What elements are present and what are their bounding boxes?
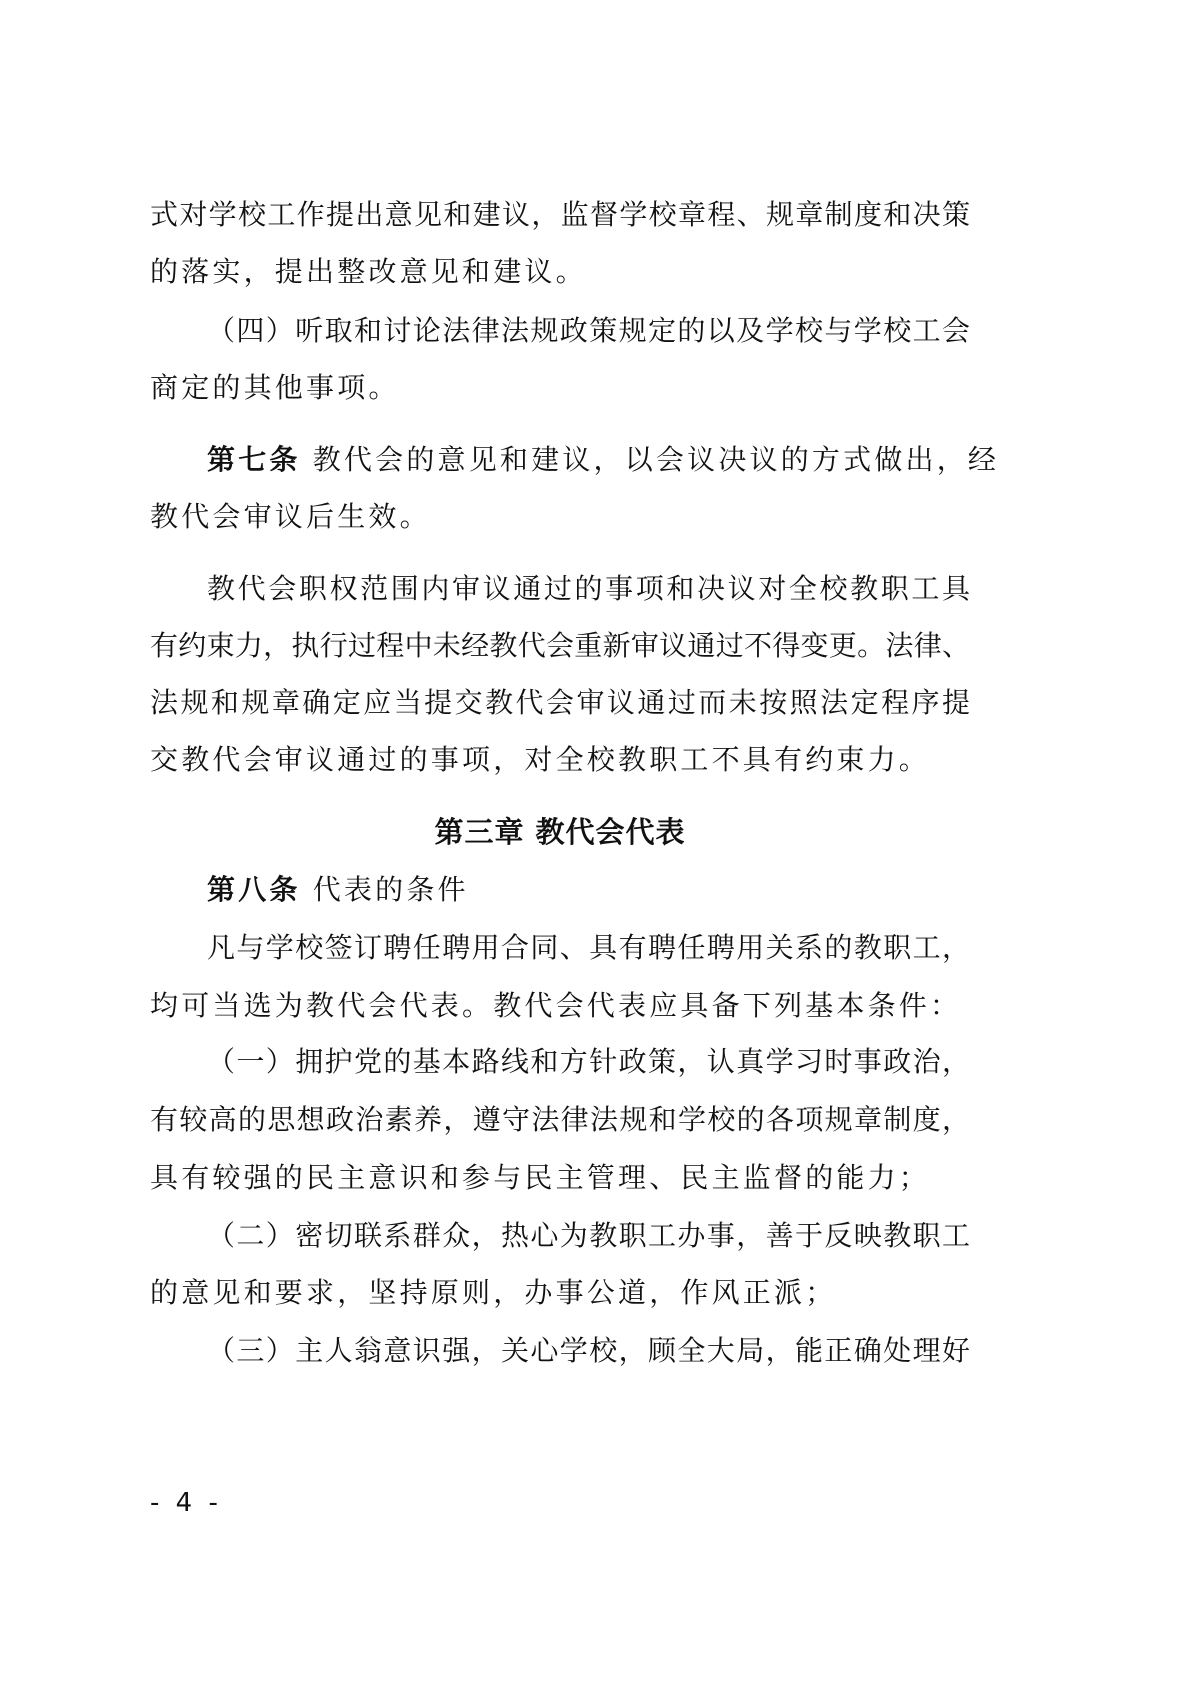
paragraph-line: 教代会职权范围内审议通过的事项和决议对全校教职工具 xyxy=(207,569,970,609)
article-7-text: 教代会的意见和建议，以会议决议的方式做出，经 xyxy=(313,443,999,476)
article-8-label: 第八条 xyxy=(207,873,301,906)
paragraph-line: 有较高的思想政治素养，遵守法律法规和学校的各项规章制度， xyxy=(150,1100,970,1140)
paragraph-line: 商定的其他事项。 xyxy=(150,368,970,408)
chapter-heading: 第三章 教代会代表 xyxy=(150,812,970,852)
article-8-line: 第八条 代表的条件 xyxy=(207,870,970,910)
paragraph-line: 式对学校工作提出意见和建议，监督学校章程、规章制度和决策 xyxy=(150,195,970,235)
article-8-text: 代表的条件 xyxy=(313,873,469,906)
article-7-label: 第七条 xyxy=(207,443,301,476)
paragraph-line: 凡与学校签订聘任聘用合同、具有聘任聘用关系的教职工， xyxy=(207,928,970,968)
paragraph-line: （二）密切联系群众，热心为教职工办事，善于反映教职工 xyxy=(207,1216,970,1256)
paragraph-line: （三）主人翁意识强，关心学校，顾全大局，能正确处理好 xyxy=(207,1331,970,1371)
paragraph-line: （四）听取和讨论法律法规政策规定的以及学校与学校工会 xyxy=(207,311,970,351)
paragraph-line: 的落实，提出整改意见和建议。 xyxy=(150,252,970,292)
paragraph-line: 交教代会审议通过的事项，对全校教职工不具有约束力。 xyxy=(150,740,970,780)
page-number: - 4 - xyxy=(150,1488,222,1518)
paragraph-line: 具有较强的民主意识和参与民主管理、民主监督的能力； xyxy=(150,1158,970,1198)
paragraph-line: 有约束力，执行过程中未经教代会重新审议通过不得变更。法律、 xyxy=(150,626,970,666)
paragraph-line: 教代会审议后生效。 xyxy=(150,497,970,537)
paragraph-line: （一）拥护党的基本路线和方针政策，认真学习时事政治， xyxy=(207,1042,970,1082)
paragraph-line: 均可当选为教代会代表。教代会代表应具备下列基本条件： xyxy=(150,986,970,1026)
paragraph-line: 法规和规章确定应当提交教代会审议通过而未按照法定程序提 xyxy=(150,683,970,723)
article-7-line: 第七条 教代会的意见和建议，以会议决议的方式做出，经 xyxy=(207,440,970,480)
paragraph-line: 的意见和要求，坚持原则，办事公道，作风正派； xyxy=(150,1273,970,1313)
